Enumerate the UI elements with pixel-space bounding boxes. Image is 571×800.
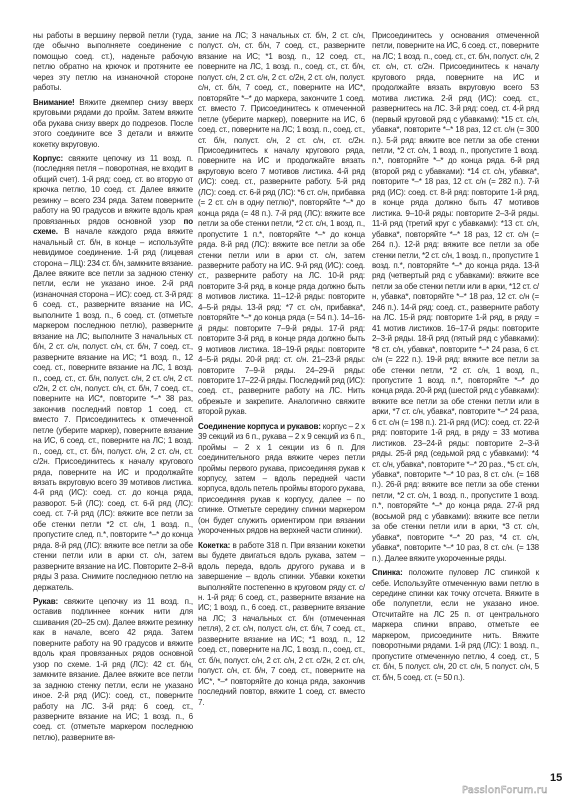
paragraph-text: Присоединитесь у основания отмеченной пе… bbox=[372, 31, 539, 563]
page-number: 15 bbox=[550, 772, 562, 784]
paragraph-joining: Соединение корпуса и рукавов: корпус – 2… bbox=[198, 422, 365, 537]
paragraph-yoke-continuation: Присоединитесь у основания отмеченной пе… bbox=[372, 31, 539, 564]
paragraph-back: Спинка: положите пуловер ЛС спинкой к се… bbox=[372, 568, 539, 683]
section-heading-sleeve: Рукав: bbox=[33, 597, 58, 606]
text-column-2: зание на ЛС; 3 начальных ст. б/н, 2 ст. … bbox=[198, 31, 365, 712]
section-heading-attention: Внимание! bbox=[33, 98, 75, 107]
paragraph-sleeve-continuation: зание на ЛС; 3 начальных ст. б/н, 2 ст. … bbox=[198, 31, 365, 418]
section-heading-body: Корпус: bbox=[33, 154, 63, 163]
paragraph-text-tail: В начале каждого ряда вяжите начальный с… bbox=[33, 227, 193, 591]
section-heading-joining: Соединение корпуса и рукавов: bbox=[198, 422, 321, 431]
paragraph-text: в работе 318 п. При вязании кокетки вы б… bbox=[198, 541, 365, 707]
paragraph-text: корпус – 2 х 39 секций из 6 п., рукава –… bbox=[198, 422, 365, 536]
paragraph-yoke: Кокетка: в работе 318 п. При вязании кок… bbox=[198, 541, 365, 708]
paragraph-text: ны работы в вершину первой петли (туда, … bbox=[33, 31, 193, 92]
text-column-3: Присоединитесь у основания отмеченной пе… bbox=[372, 31, 539, 687]
paragraph-body: Корпус: свяжите цепочку из 11 возд. п. (… bbox=[33, 154, 193, 593]
paragraph-text: зание на ЛС; 3 начальных ст. б/н, 2 ст. … bbox=[198, 31, 365, 416]
paragraph-text: свяжите цепочку из 11 возд. п. (последня… bbox=[33, 154, 193, 226]
paragraph-continuation: ны работы в вершину первой петли (туда, … bbox=[33, 31, 193, 94]
text-column-1: ны работы в вершину первой петли (туда, … bbox=[33, 31, 193, 747]
paragraph-text: положите пуловер ЛС спинкой к себе. Испо… bbox=[372, 568, 539, 682]
paragraph-attention: Внимание! Вяжите джемпер снизу вверх кру… bbox=[33, 98, 193, 150]
magazine-page: ны работы в вершину первой петли (туда, … bbox=[0, 0, 571, 800]
watermark: PassionForum.ru bbox=[462, 785, 548, 796]
paragraph-text: свяжите цепочку из 11 возд. п., оставив … bbox=[33, 597, 193, 742]
section-heading-yoke: Кокетка: bbox=[198, 541, 230, 550]
paragraph-sleeve: Рукав: свяжите цепочку из 11 возд. п., о… bbox=[33, 597, 193, 743]
section-heading-back: Спинка: bbox=[372, 568, 403, 577]
